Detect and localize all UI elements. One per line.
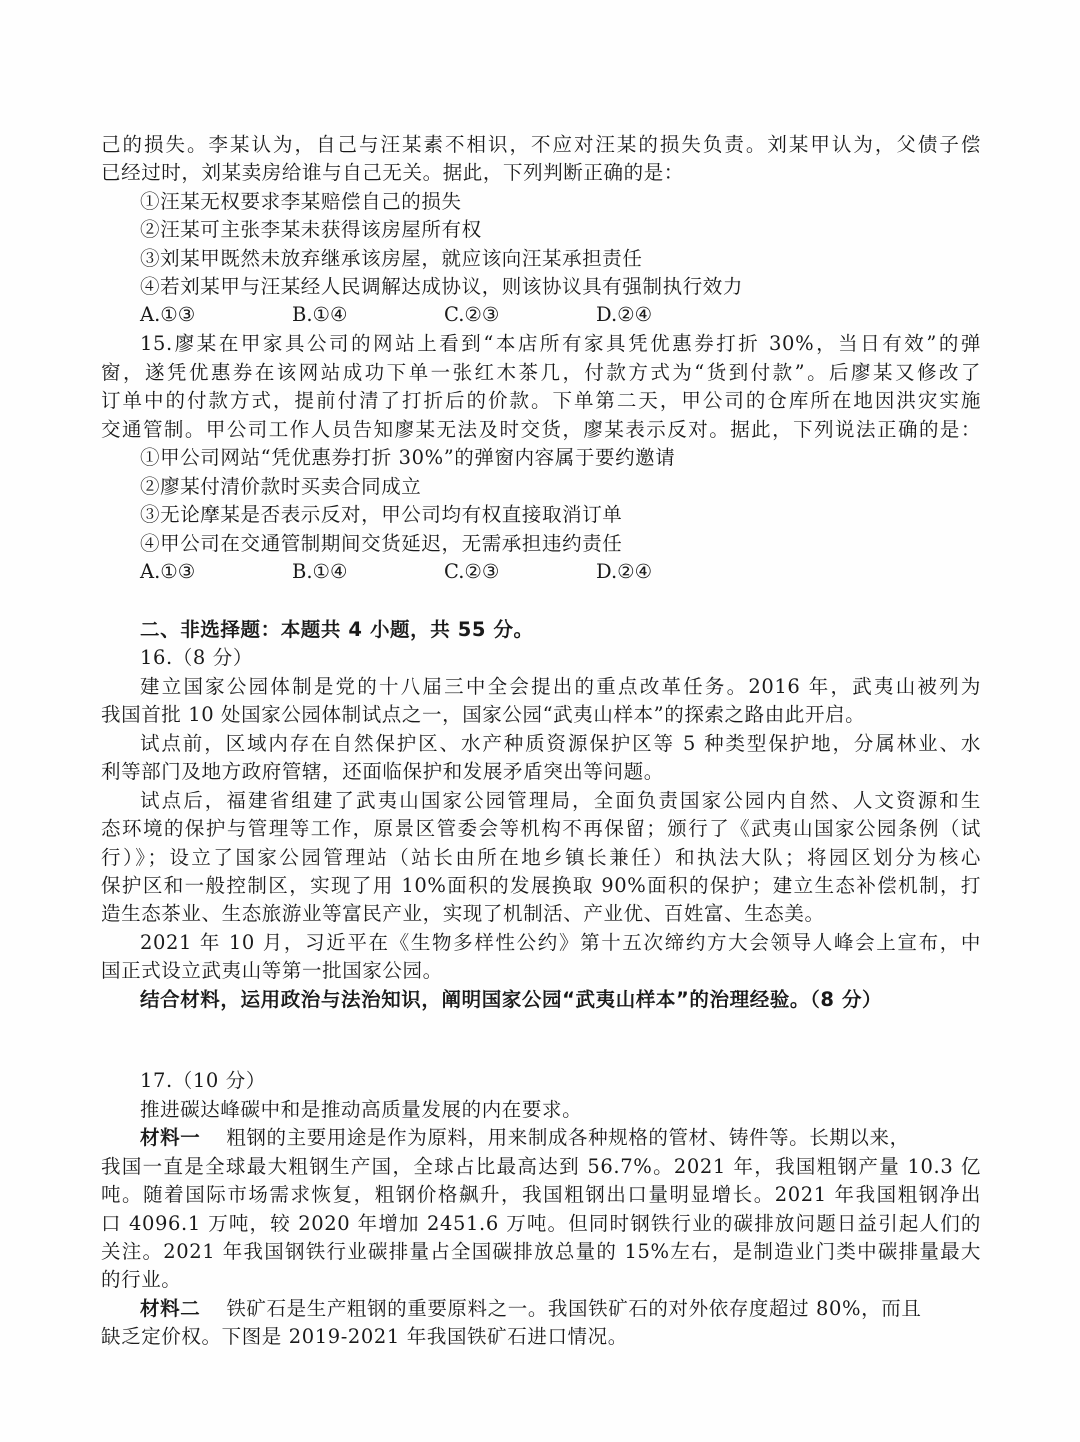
section-heading: 二、非选择题：本题共 4 小题，共 55 分。: [140, 616, 981, 644]
exam-page: 己的损失。李某认为，自己与汪某素不相识，不应对汪某的损失负责。刘某甲认为，父债子…: [0, 0, 1080, 1442]
material1-text-line: 我国一直是全球最大粗钢生产国，全球占比最高达到 56.7%。2021 年，我国粗…: [101, 1153, 981, 1181]
q14-text-line: 己的损失。李某认为，自己与汪某素不相识，不应对汪某的损失负责。刘某甲认为，父债子…: [101, 131, 981, 159]
q15-option-b: B.①④: [292, 558, 444, 586]
q15-statement: ①甲公司网站“凭优惠券打折 30%”的弹窗内容属于要约邀请: [140, 444, 981, 472]
q14-statement: ②汪某可主张李某未获得该房屋所有权: [140, 216, 981, 244]
material1-text: 粗钢的主要用途是作为原料，用来制成各种规格的管材、铸件等。长期以来，: [226, 1126, 909, 1149]
q16-text-line: 行）》；设立了国家公园管理站（站长由所在地乡镇长兼任）和执法大队；将园区划分为核…: [101, 844, 981, 872]
q14-text-line: 已经过时，刘某卖房给谁与自己无关。据此，下列判断正确的是：: [101, 159, 981, 187]
q17-material2-first-line: 材料二铁矿石是生产粗钢的重要原料之一。我国铁矿石的对外依存度超过 80%，而且: [140, 1295, 981, 1323]
q16-text-line: 国正式设立武夷山等第一批国家公园。: [101, 957, 981, 985]
material1-text-line: 吨。随着国际市场需求恢复，粗钢价格飙升，我国粗钢出口量明显增长。2021 年我国…: [101, 1181, 981, 1209]
q15-text-line: 订单中的付款方式，提前付清了打折后的价款。下单第二天，甲公司的仓库所在地因洪灾实…: [101, 387, 981, 415]
q16-text-line: 试点前，区域内存在自然保护区、水产种质资源保护区等 5 种类型保护地，分属林业、…: [140, 730, 981, 758]
q16-text-line: 我国首批 10 处国家公园体制试点之一，国家公园“武夷山样本”的探索之路由此开启…: [101, 701, 981, 729]
material1-text-line: 口 4096.1 万吨，较 2020 年增加 2451.6 万吨。但同时钢铁行业…: [101, 1210, 981, 1238]
q17-number: 17.（10 分）: [140, 1067, 981, 1095]
q15-text-line: 交通管制。甲公司工作人员告知廖某无法及时交货，廖某表示反对。据此，下列说法正确的…: [101, 416, 981, 444]
q16-text-line: 试点后，福建省组建了武夷山国家公园管理局，全面负责国家公园内自然、人文资源和生: [140, 787, 981, 815]
q14-option-d: D.②④: [596, 301, 748, 329]
q15-text-line: 15.廖某在甲家具公司的网站上看到“本店所有家具凭优惠券打折 30%，当日有效”…: [140, 330, 981, 358]
q16-number: 16.（8 分）: [140, 644, 981, 672]
material2-text-line: 缺乏定价权。下图是 2019-2021 年我国铁矿石进口情况。: [101, 1323, 981, 1351]
q15-statement: ③无论摩某是否表示反对，甲公司均有权直接取消订单: [140, 501, 981, 529]
material2-label: 材料二: [140, 1297, 200, 1320]
q16-question: 结合材料，运用政治与法治知识，阐明国家公园“武夷山样本”的治理经验。（8 分）: [140, 986, 981, 1014]
q15-text-line: 窗，遂凭优惠券在该网站成功下单一张红木茶几，付款方式为“货到付款”。后廖某又修改…: [101, 359, 981, 387]
q16-text-line: 保护区和一般控制区，实现了用 10%面积的发展换取 90%面积的保护；建立生态补…: [101, 872, 981, 900]
q14-option-c: C.②③: [444, 301, 596, 329]
q14-statement: ③刘某甲既然未放弃继承该房屋，就应该向汪某承担责任: [140, 245, 981, 273]
q14-option-a: A.①③: [140, 301, 292, 329]
q15-option-d: D.②④: [596, 558, 748, 586]
q17-material1-first-line: 材料一粗钢的主要用途是作为原料，用来制成各种规格的管材、铸件等。长期以来，: [140, 1124, 981, 1152]
q15-statement: ④甲公司在交通管制期间交货延迟，无需承担违约责任: [140, 530, 981, 558]
q16-text-line: 2021 年 10 月，习近平在《生物多样性公约》第十五次缔约方大会领导人峰会上…: [140, 929, 981, 957]
q15-statement: ②廖某付清价款时买卖合同成立: [140, 473, 981, 501]
q14-statement: ①汪某无权要求李某赔偿自己的损失: [140, 188, 981, 216]
q16-text-line: 造生态茶业、生态旅游业等富民产业，实现了机制活、产业优、百姓富、生态美。: [101, 900, 981, 928]
q15-option-c: C.②③: [444, 558, 596, 586]
q14-options: A.①③ B.①④ C.②③ D.②④: [140, 301, 748, 329]
q16-text-line: 态环境的保护与管理等工作，原景区管委会等机构不再保留；颁行了《武夷山国家公园条例…: [101, 815, 981, 843]
q14-option-b: B.①④: [292, 301, 444, 329]
material1-text-line: 的行业。: [101, 1266, 981, 1294]
q17-intro: 推进碳达峰碳中和是推动高质量发展的内在要求。: [140, 1096, 981, 1124]
q14-statement: ④若刘某甲与汪某经人民调解达成协议，则该协议具有强制执行效力: [140, 273, 981, 301]
material2-text: 铁矿石是生产粗钢的重要原料之一。我国铁矿石的对外依存度超过 80%，而且: [226, 1297, 921, 1320]
material1-text-line: 关注。2021 年我国钢铁行业碳排量占全国碳排放总量的 15%左右，是制造业门类…: [101, 1238, 981, 1266]
q16-text-line: 利等部门及地方政府管辖，还面临保护和发展矛盾突出等问题。: [101, 758, 981, 786]
material1-label: 材料一: [140, 1126, 200, 1149]
q15-options: A.①③ B.①④ C.②③ D.②④: [140, 558, 748, 586]
q15-option-a: A.①③: [140, 558, 292, 586]
q16-text-line: 建立国家公园体制是党的十八届三中全会提出的重点改革任务。2016 年，武夷山被列…: [140, 673, 981, 701]
